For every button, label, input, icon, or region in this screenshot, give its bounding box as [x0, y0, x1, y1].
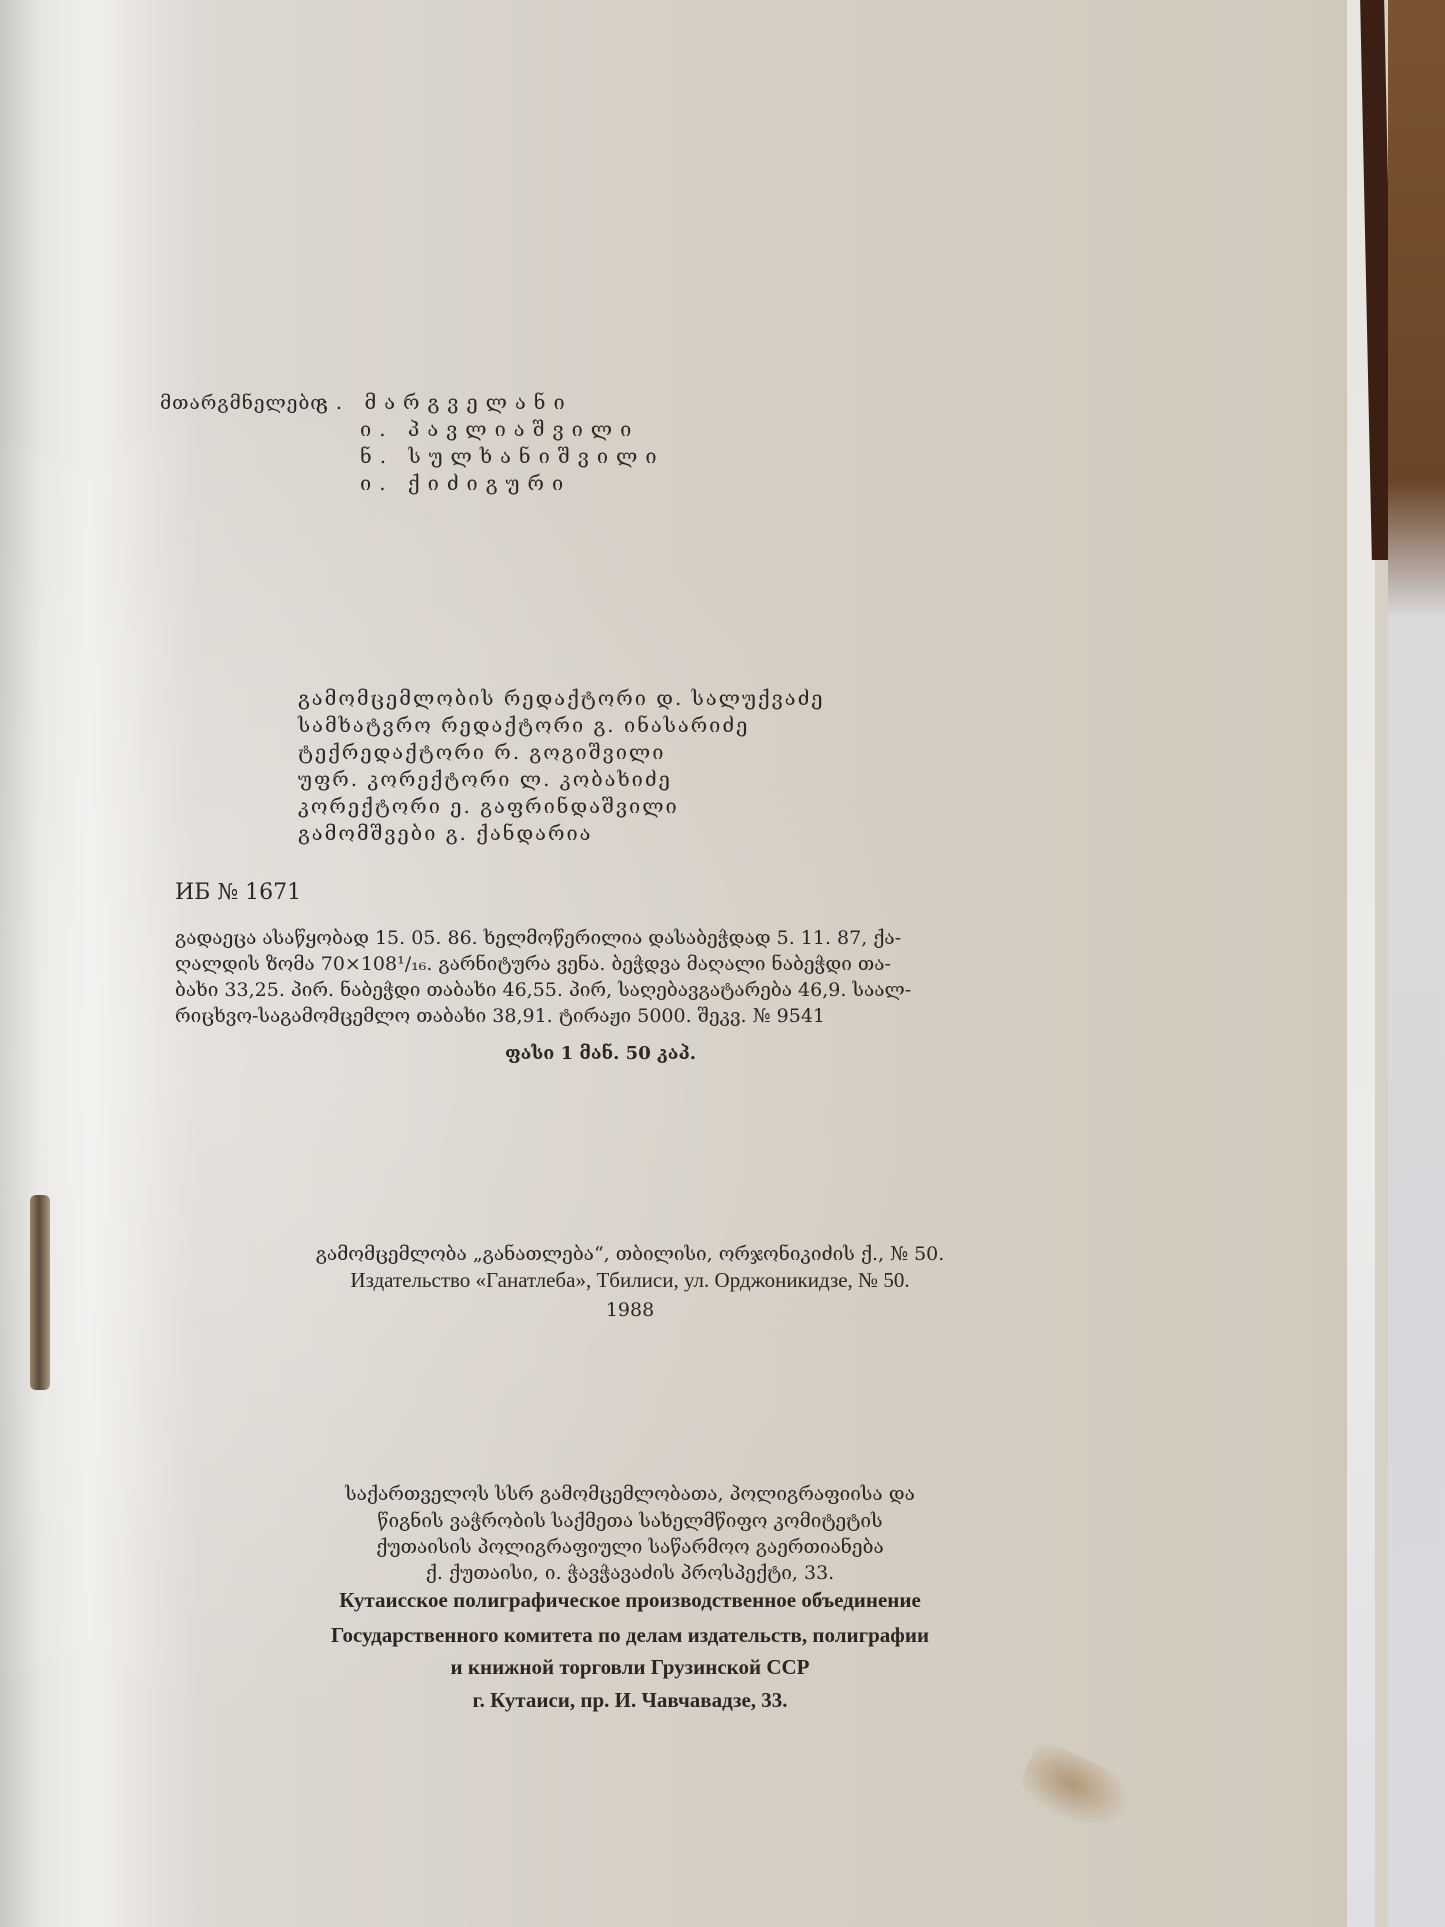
printer-georgian-line: საქართველოს სსრ გამომცემლობათა, პოლიგრაფ…	[0, 1483, 1305, 1505]
staff-publishing-editor: გამომცემლობის რედაქტორი დ. სალუქვაძე	[298, 686, 825, 710]
publication-year: 1988	[0, 1299, 1305, 1321]
translator-surname: მარგველანი	[365, 390, 573, 414]
printer-russian-line: Государственного комитета по делам издат…	[0, 1623, 1305, 1648]
imprint-line: გადაეცა ასაწყობად 15. 05. 86. ხელმოწერილ…	[175, 925, 1090, 951]
translator-surname: სულხანიშვილი	[408, 444, 664, 468]
imprint-line: რიცხვო-საგამომცემლო თაბახი 38,91. ტირაჟი…	[175, 1003, 1090, 1029]
translator-1: გ. მარგველანი	[316, 390, 573, 414]
translator-2: ი. პავლიაშვილი	[360, 417, 639, 441]
colophon: მთარგმნელები: გ. მარგველანი ი. პავლიაშვი…	[0, 0, 1350, 1927]
printer-russian-address: г. Кутаиси, пр. И. Чавчавадзе, 33.	[0, 1688, 1305, 1713]
translator-initial: გ.	[316, 390, 350, 414]
translator-surname: პავლიაშვილი	[408, 417, 639, 441]
staff-proofreader: კორექტორი ე. გაფრინდაშვილი	[298, 794, 679, 818]
printer-russian-line: и книжной торговли Грузинской ССР	[0, 1655, 1305, 1680]
translator-initial: ი.	[360, 417, 394, 441]
staff-senior-proofreader: უფრ. კორექტორი ლ. კობახიძე	[298, 767, 672, 791]
imprint-line: ბახი 33,25. პირ. ნაბეჭდი თაბახი 46,55. პ…	[175, 977, 1090, 1003]
translators-label: მთარგმნელები:	[160, 392, 329, 414]
printer-georgian-line: წიგნის ვაჭრობის საქმეთა სახელმწიფო კომიტ…	[0, 1510, 1305, 1532]
translator-surname: ქიძიგური	[408, 471, 571, 495]
translator-initial: ი.	[360, 471, 394, 495]
printer-russian-line: Кутаисское полиграфическое производствен…	[0, 1588, 1305, 1613]
translator-3: ნ. სულხანიშვილი	[360, 444, 665, 468]
translator-4: ი. ქიძიგური	[360, 471, 571, 495]
printer-georgian-line: ქუთაისის პოლიგრაფიული საწარმოო გაერთიანე…	[0, 1536, 1305, 1558]
price: ფასი 1 მან. 50 კაპ.	[505, 1043, 696, 1064]
imprint-line: ღალდის ზომა 70×108¹/₁₆. გარნიტურა ვენა. …	[175, 951, 1090, 977]
staff-release-manager: გამომშვები გ. ქანდარია	[298, 821, 592, 845]
ib-number: ИБ № 1671	[175, 880, 301, 905]
publisher-russian: Издательство «Ганатлеба», Тбилиси, ул. О…	[0, 1268, 1305, 1293]
printer-georgian-address: ქ. ქუთაისი, ი. ჭავჭავაძის პროსპექტი, 33.	[0, 1562, 1305, 1584]
publisher-georgian: გამომცემლობა „განათლება“, თბილისი, ორჯონ…	[0, 1243, 1305, 1265]
table-surface	[1388, 0, 1445, 1927]
staff-tech-editor: ტექრედაქტორი რ. გოგიშვილი	[298, 740, 665, 764]
translator-initial: ნ.	[360, 444, 394, 468]
staff-art-editor: სამხატვრო რედაქტორი გ. ინასარიძე	[298, 713, 749, 737]
imprint-details: გადაეცა ასაწყობად 15. 05. 86. ხელმოწერილ…	[175, 925, 1090, 1029]
